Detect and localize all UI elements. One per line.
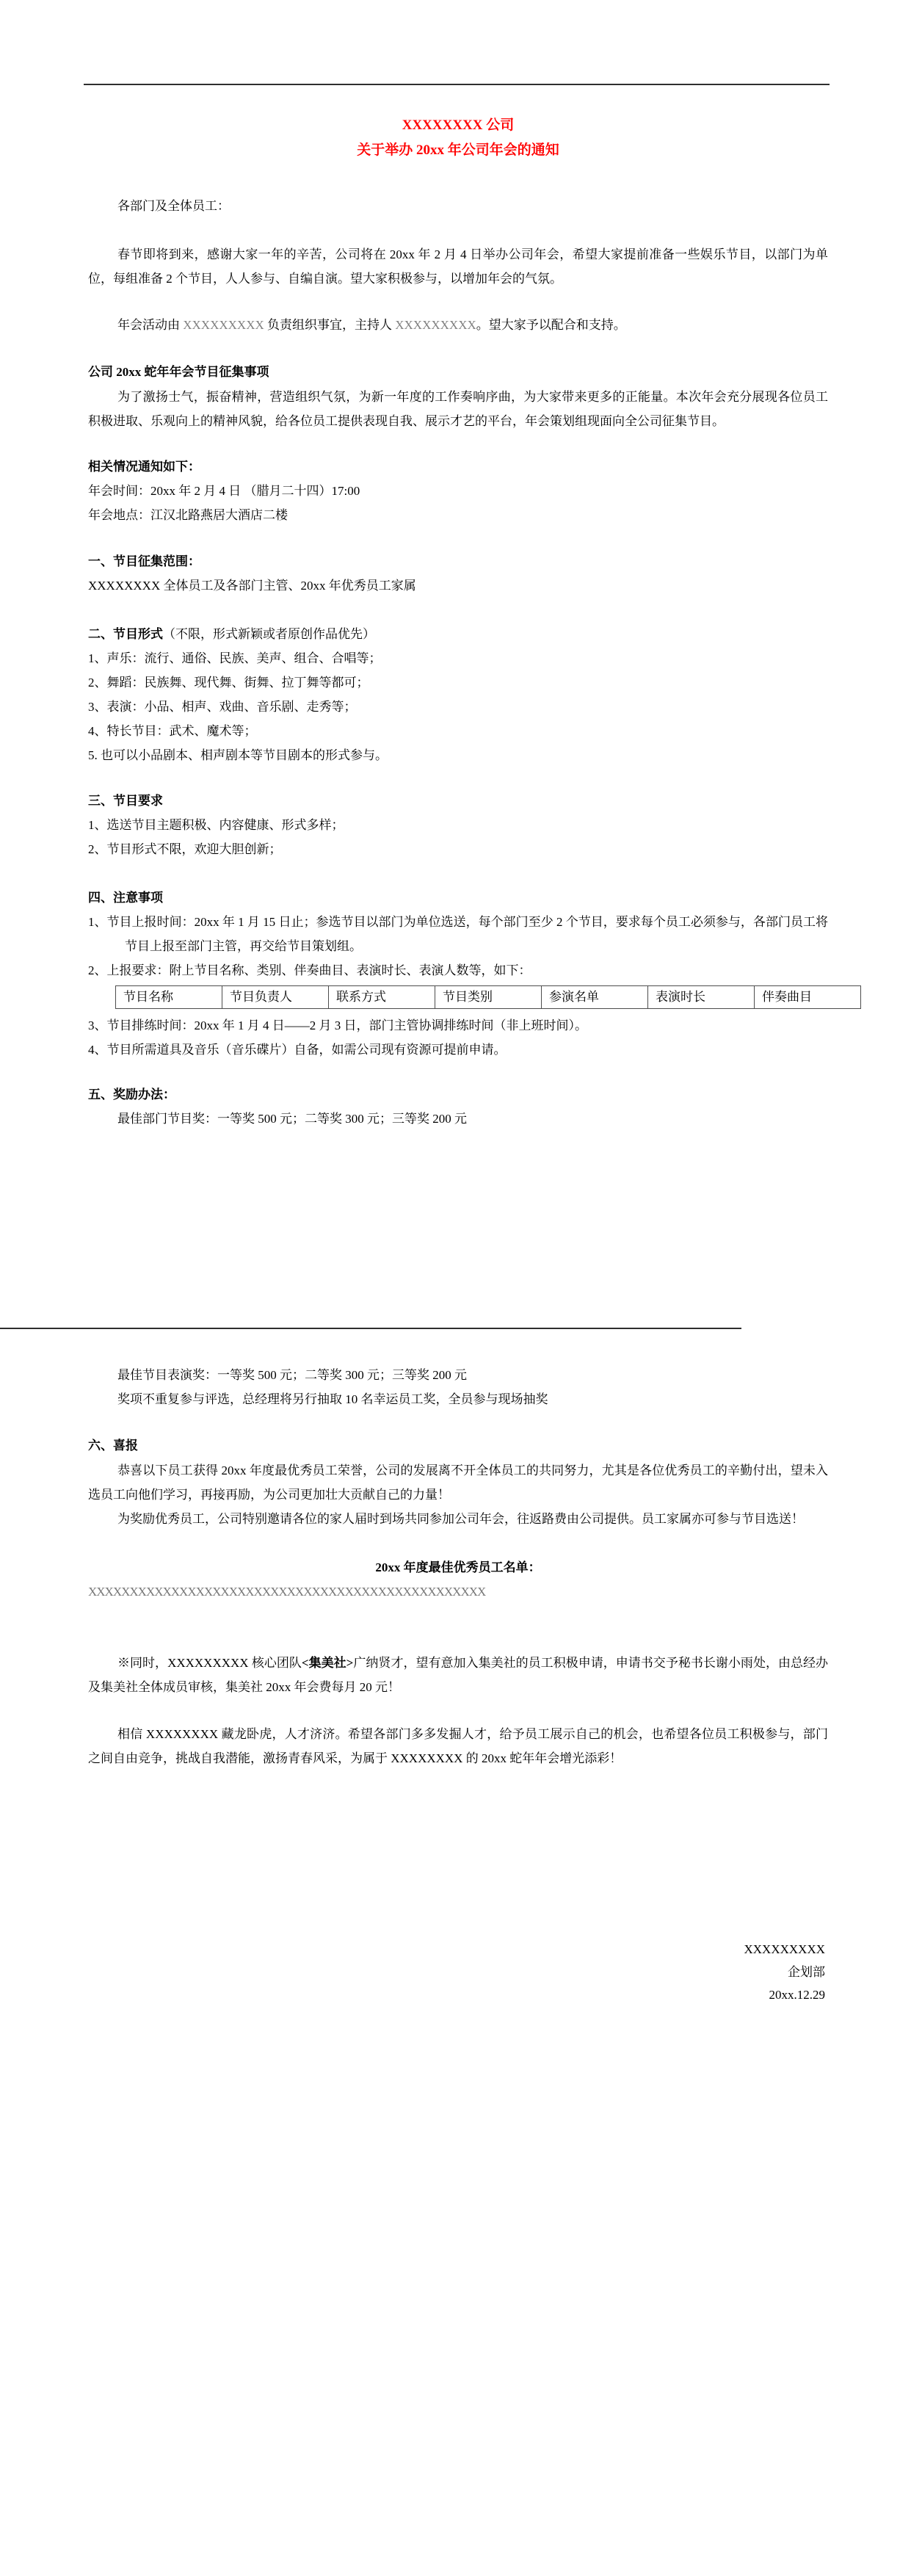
section2-heading-note: （不限，形式新颖或者原创作品优先）	[163, 627, 375, 641]
collect-intro: 为了激扬士气，振奋精神，营造组织气氛，为新一年度的工作奏响序曲，为大家带来更多的…	[88, 385, 828, 433]
award-line-lucky-draw: 奖项不重复参与评选，总经理将另行抽取 10 名幸运员工奖，全员参与现场抽奖	[88, 1387, 828, 1411]
list-item: 3、表演：小品、相声、戏曲、音乐剧、走秀等；	[88, 695, 828, 719]
jimeishe-company-placeholder: XXXXXXXXX	[167, 1656, 249, 1670]
signature-date: 20xx.12.29	[88, 1983, 825, 2006]
intro-paragraph: 春节即将到来，感谢大家一年的辛苦，公司将在 20xx 年 2 月 4 日举办公司…	[88, 242, 828, 291]
section2-heading: 二、节目形式（不限，形式新颖或者原创作品优先）	[88, 622, 828, 646]
list-item: 1、节目上报时间：20xx 年 1 月 15 日止；参选节目以部门为单位选送，每…	[88, 910, 828, 958]
list-item: 1、选送节目主题积极、内容健康、形式多样；	[88, 813, 828, 837]
table-header-program-lead: 节目负责人	[222, 986, 329, 1009]
list-item: 3、节目排练时间：20xx 年 1 月 4 日——2 月 3 日，部门主管协调排…	[88, 1013, 828, 1038]
section5-heading: 五、奖励办法：	[88, 1082, 828, 1107]
best-employee-list-heading: 20xx 年度最佳优秀员工名单：	[88, 1555, 828, 1580]
info-time: 年会时间：20xx 年 2 月 4 日 （腊月二十四）17:00	[88, 479, 828, 503]
organizer-line: 年会活动由 XXXXXXXXX 负责组织事宜，主持人 XXXXXXXXX。望大家…	[88, 313, 828, 337]
jimeishe-text-pre: ※同时，	[117, 1656, 167, 1670]
jimeishe-paragraph: ※同时，XXXXXXXXX 核心团队<集美社>广纳贤才，望有意加入集美社的员工积…	[88, 1651, 828, 1699]
salutation: 各部门及全体员工：	[88, 194, 828, 218]
document-content: XXXXXXXX 公司 关于举办 20xx 年公司年会的通知 各部门及全体员工：…	[88, 113, 828, 1131]
section1-body: XXXXXXXX 全体员工及各部门主管、20xx 年优秀员工家属	[88, 574, 828, 598]
table-header-row: 节目名称 节目负责人 联系方式 节目类别 参演名单 表演时长 伴奏曲目	[116, 986, 861, 1009]
section6-heading: 六、喜报	[88, 1433, 828, 1458]
organizer-text-post: 。望大家予以配合和支持。	[476, 318, 626, 332]
info-heading: 相关情况通知如下：	[88, 455, 828, 479]
best-employee-names-placeholder: XXXXXXXXXXXXXXXXXXXXXXXXXXXXXXXXXXXXXXXX…	[88, 1580, 828, 1604]
table-header-accompaniment: 伴奏曲目	[755, 986, 861, 1009]
list-item: 1、声乐：流行、通俗、民族、美声、组合、合唱等；	[88, 646, 828, 670]
program-report-table: 节目名称 节目负责人 联系方式 节目类别 参演名单 表演时长 伴奏曲目	[115, 985, 861, 1009]
table-header-program-name: 节目名称	[116, 986, 222, 1009]
award-line-department: 最佳部门节目奖：一等奖 500 元；二等奖 300 元；三等奖 200 元	[88, 1107, 828, 1131]
list-item: 5. 也可以小品剧本、相声剧本等节目剧本的形式参与。	[88, 743, 828, 767]
company-title: XXXXXXXX 公司	[88, 113, 828, 138]
list-item: 2、上报要求：附上节目名称、类别、伴奏曲目、表演时长、表演人数等，如下：	[88, 958, 828, 983]
closing-paragraph: 相信 XXXXXXXX 藏龙卧虎，人才济济。希望各部门多多发掘人才，给予员工展示…	[88, 1722, 828, 1770]
host-placeholder: XXXXXXXXX	[395, 318, 476, 332]
section2-heading-bold: 二、节目形式	[88, 627, 163, 641]
table-header-duration: 表演时长	[648, 986, 755, 1009]
congrats-paragraph: 恭喜以下员工获得 20xx 年度最优秀员工荣誉，公司的发展离不开全体员工的共同努…	[88, 1458, 828, 1507]
signature-department: 企划部	[88, 1961, 825, 1983]
organizer-text-mid: 负责组织事宜，主持人	[264, 318, 396, 332]
list-item: 2、舞蹈：民族舞、现代舞、街舞、拉丁舞等都可；	[88, 670, 828, 695]
document-page: XXXXXXXX 公司 关于举办 20xx 年公司年会的通知 各部门及全体员工：…	[0, 0, 911, 2006]
list-item: 4、特长节目：武术、魔术等；	[88, 719, 828, 743]
jimeishe-team-name: <集美社>	[302, 1656, 353, 1670]
collect-heading: 公司 20xx 蛇年年会节目征集事项	[88, 360, 828, 384]
page-divider-border	[0, 1328, 741, 1329]
jimeishe-text-mid: 核心团队	[249, 1656, 302, 1670]
list-item: 2、节目形式不限，欢迎大胆创新；	[88, 837, 828, 861]
award-line-performance: 最佳节目表演奖：一等奖 500 元；二等奖 300 元；三等奖 200 元	[88, 1363, 828, 1387]
page-top-border	[84, 84, 830, 85]
document-content-page2: 最佳节目表演奖：一等奖 500 元；二等奖 300 元；三等奖 200 元 奖项…	[88, 1363, 828, 2006]
table-header-contact: 联系方式	[329, 986, 435, 1009]
organizer-text-pre: 年会活动由	[117, 318, 183, 332]
organizer-placeholder: XXXXXXXXX	[183, 318, 264, 332]
signature-block: XXXXXXXXX 企划部 20xx.12.29	[88, 1938, 828, 2006]
list-item: 4、节目所需道具及音乐（音乐碟片）自备，如需公司现有资源可提前申请。	[88, 1038, 828, 1062]
info-place: 年会地点：江汉北路燕居大酒店二楼	[88, 503, 828, 527]
family-invite-paragraph: 为奖励优秀员工，公司特别邀请各位的家人届时到场共同参加公司年会，往返路费由公司提…	[88, 1507, 828, 1531]
section1-heading: 一、节目征集范围：	[88, 549, 828, 574]
table-header-performers: 参演名单	[542, 986, 648, 1009]
signature-company: XXXXXXXXX	[88, 1938, 825, 1961]
section3-heading: 三、节目要求	[88, 789, 828, 813]
notice-title: 关于举办 20xx 年公司年会的通知	[88, 138, 828, 163]
table-header-category: 节目类别	[435, 986, 542, 1009]
section4-heading: 四、注意事项	[88, 886, 828, 910]
